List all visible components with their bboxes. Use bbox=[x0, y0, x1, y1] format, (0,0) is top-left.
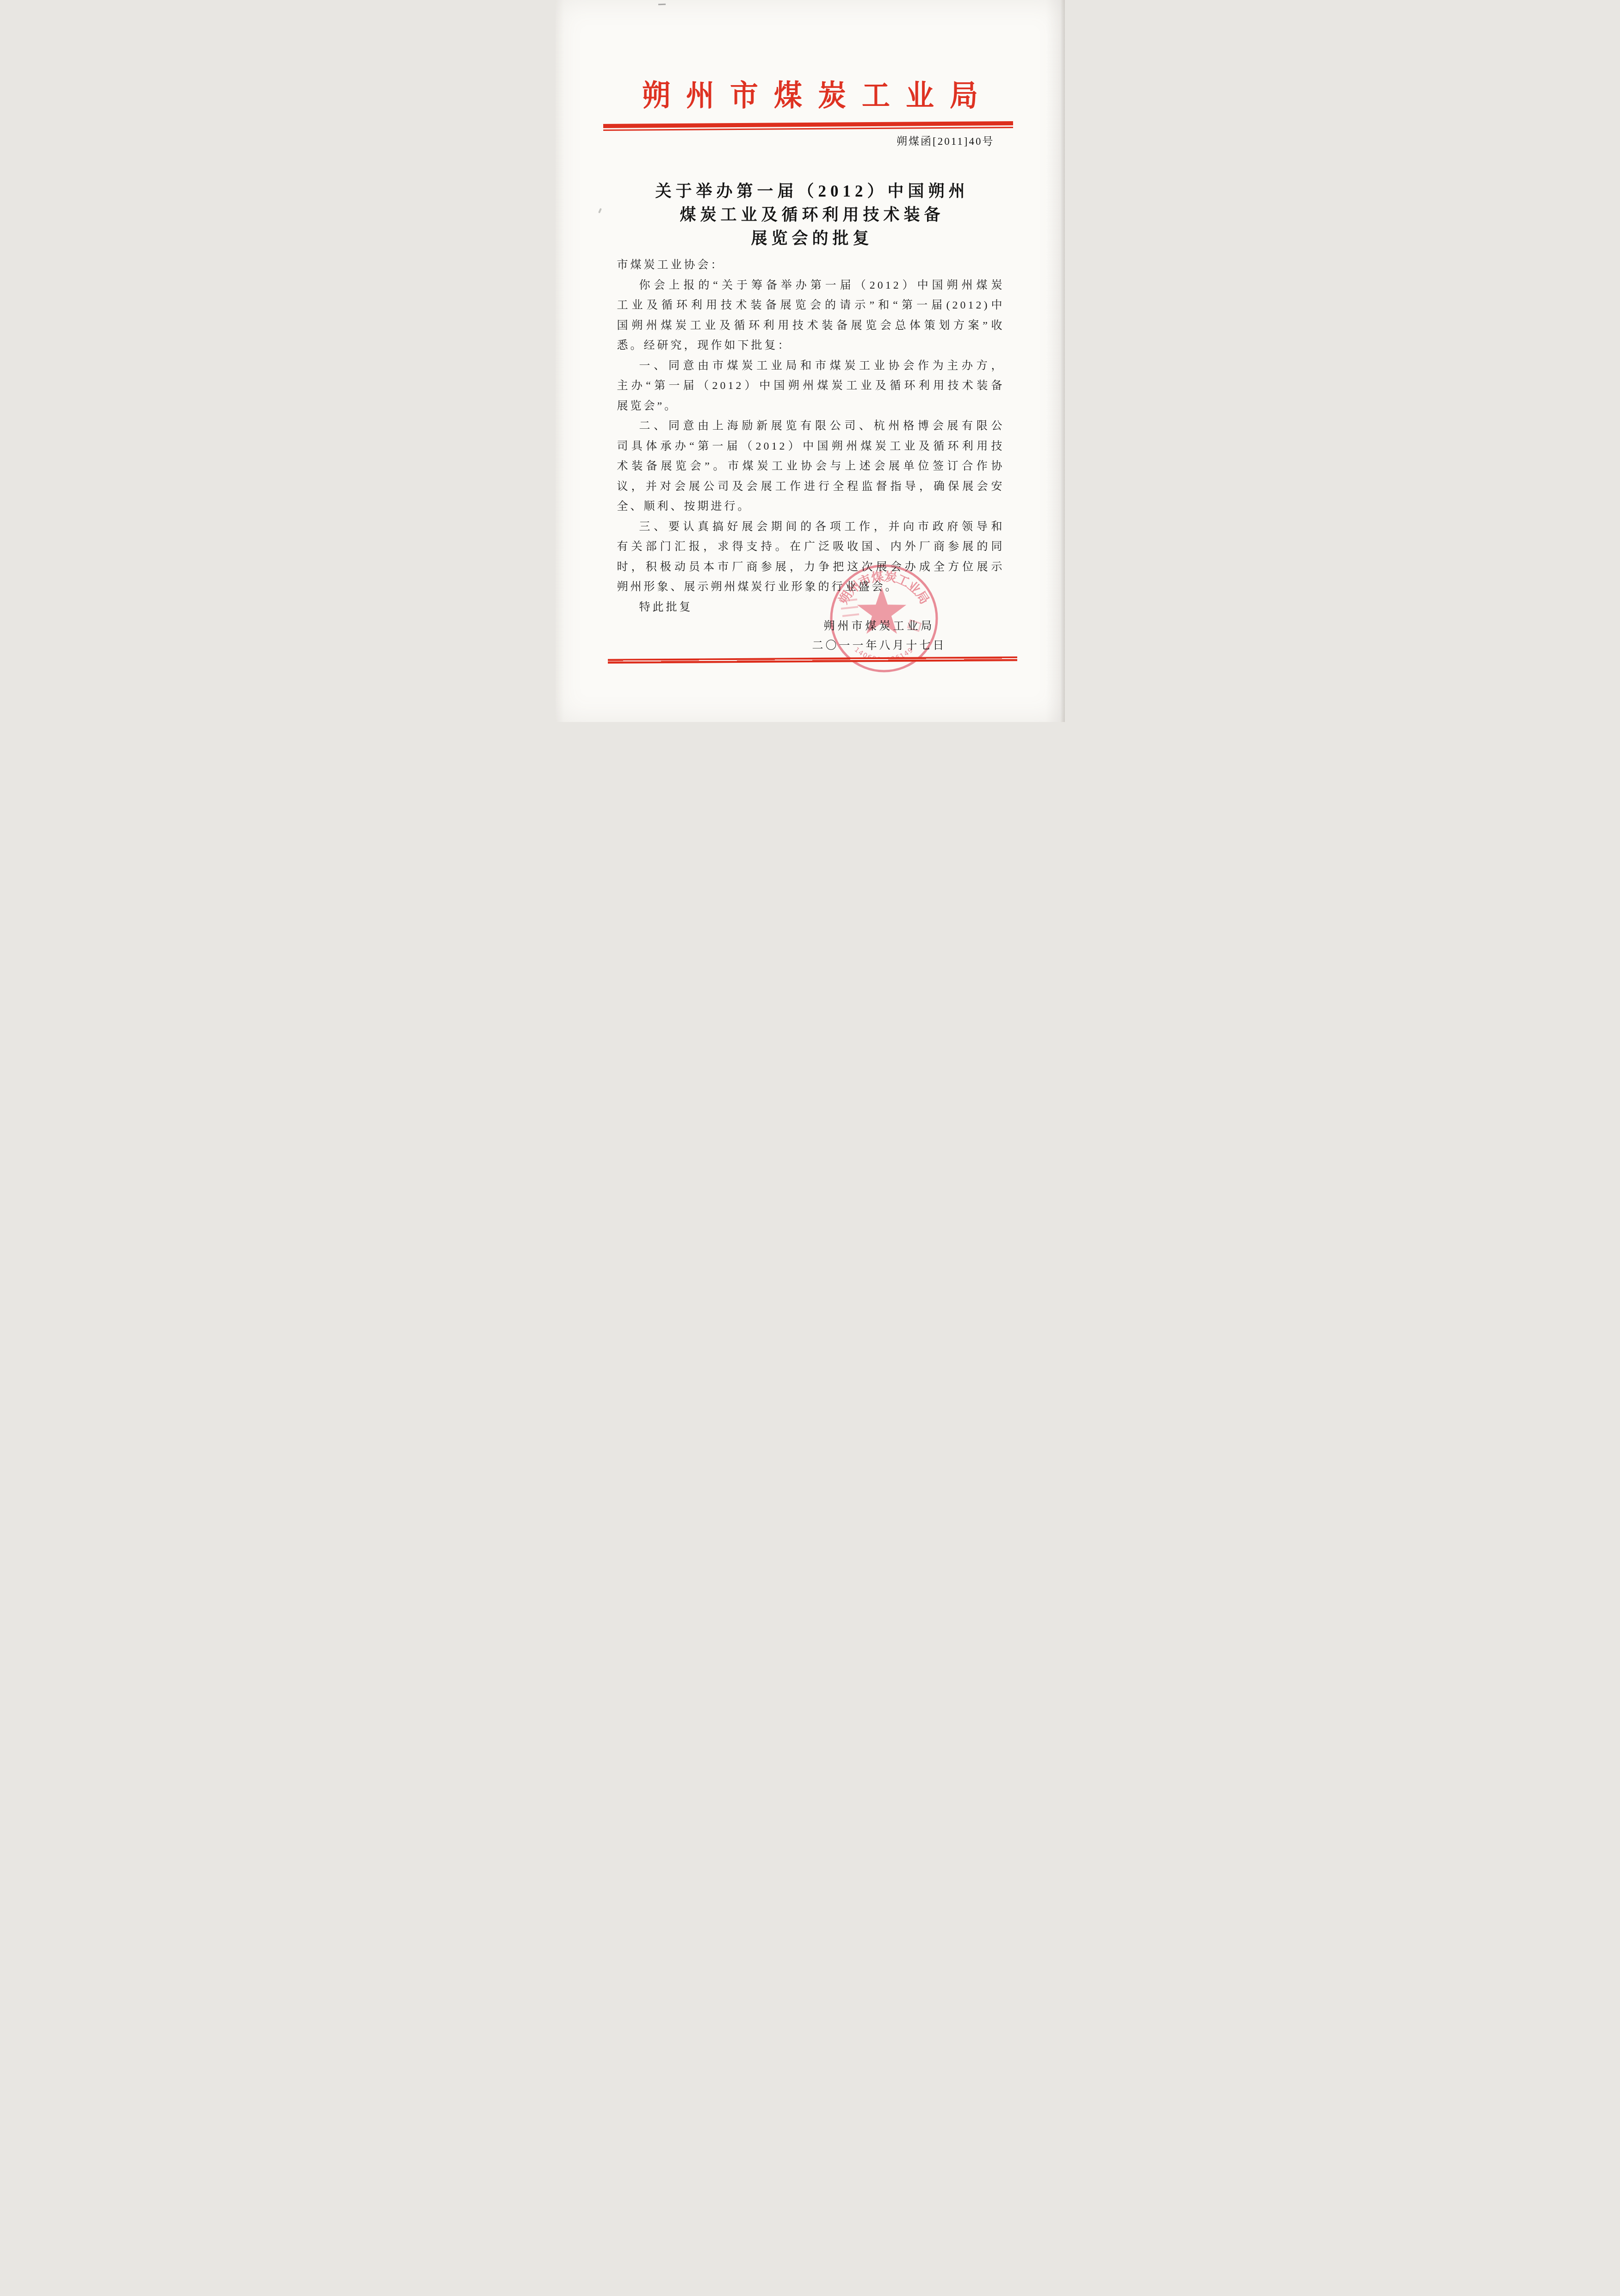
title-line: 关于举办第一届（2012）中国朔州 bbox=[556, 179, 1065, 203]
body-line: 全、顺利、按期进行。 bbox=[617, 497, 1005, 517]
agency-header-title: 朔州市煤炭工业局 bbox=[556, 77, 1065, 115]
body-line: 一、同意由市煤炭工业局和市煤炭工业协会作为主办方， bbox=[617, 356, 1005, 376]
body-line: 司具体承办“第一届（2012）中国朔州煤炭工业及循环利用技 bbox=[617, 437, 1005, 457]
document-title: 关于举办第一届（2012）中国朔州 煤炭工业及循环利用技术装备 展览会的批复 bbox=[556, 179, 1065, 250]
letter-body: 市煤炭工业协会： 你会上报的“关于筹备举办第一届（2012）中国朔州煤炭 工业及… bbox=[617, 255, 1005, 617]
scanned-official-letter: 朔州市煤炭工业局 朔煤函[2011]40号 关于举办第一届（2012）中国朔州 … bbox=[556, 0, 1065, 722]
document-number: 朔煤函[2011]40号 bbox=[897, 133, 994, 148]
footer-divider-thick-line bbox=[607, 656, 1017, 663]
body-line: 展览会”。 bbox=[617, 396, 1005, 417]
signature-date: 二〇一一年八月十七日 bbox=[750, 639, 1009, 652]
body-line: 术装备展览会”。市煤炭工业协会与上述会展单位签订合作协 bbox=[617, 457, 1005, 477]
body-line: 时，积极动员本市厂商参展，力争把这次展会办成全方位展示 bbox=[617, 557, 1005, 578]
title-line: 煤炭工业及循环利用技术装备 bbox=[556, 203, 1065, 227]
body-line: 你会上报的“关于筹备举办第一届（2012）中国朔州煤炭 bbox=[617, 276, 1005, 296]
header-divider-line bbox=[603, 121, 1013, 131]
body-line: 主办“第一届（2012）中国朔州煤炭工业及循环利用技术装备 bbox=[617, 376, 1005, 396]
body-line: 三、要认真搞好展会期间的各项工作，并向市政府领导和 bbox=[617, 517, 1005, 537]
body-line: 悉。经研究，现作如下批复： bbox=[617, 336, 1005, 356]
footer-divider-line bbox=[607, 656, 1017, 663]
body-line: 议，并对会展公司及会展工作进行全程监督指导，确保展会安 bbox=[617, 477, 1005, 497]
scan-artifact-dash bbox=[658, 4, 665, 6]
body-line: 有关部门汇报，求得支持。在广泛吸收国、内外厂商参展的同 bbox=[617, 537, 1005, 557]
signature-agency: 朔州市煤炭工业局 bbox=[750, 620, 1009, 633]
title-line: 展览会的批复 bbox=[556, 227, 1065, 250]
body-line: 工业及循环利用技术装备展览会的请示”和“第一届(2012)中 bbox=[617, 296, 1005, 316]
body-line: 朔州形象、展示朔州煤炭行业形象的行业盛会。 bbox=[617, 577, 1005, 598]
closing-phrase: 特此批复 bbox=[617, 598, 1005, 618]
signature-block: 朔州市煤炭工业局 二〇一一年八月十七日 bbox=[750, 620, 1009, 652]
salutation: 市煤炭工业协会： bbox=[617, 255, 1005, 276]
body-line: 国朔州煤炭工业及循环利用技术装备展览会总体策划方案”收 bbox=[617, 316, 1005, 336]
body-line: 二、同意由上海励新展览有限公司、杭州格博会展有限公 bbox=[617, 416, 1005, 437]
